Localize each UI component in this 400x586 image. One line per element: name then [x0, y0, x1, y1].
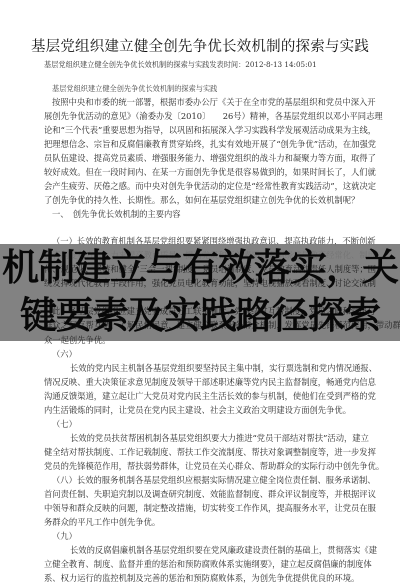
publish-meta: 基层党组织建立健全创先争优长效机制的探索与实践发表时间：2012-8-13 14…	[44, 60, 317, 70]
paragraph-line: 会产生疲劳、厌倦之感。而中央对创先争优活动的定位是“经常性教育实践活动”，这就决…	[44, 181, 376, 191]
paragraph-line: （六）	[52, 349, 77, 359]
paragraph-line: 中领导和群众反映的问题，制定整改措施，切实转变工作作风，提高服务水平，让党员在服	[44, 503, 376, 513]
headline-overlay-band: 化、规范化，坚持和健全“三会一课”制度、党员培训制度、党员教育活动责任人制度等；…	[0, 244, 400, 341]
paragraph-line: （九）	[52, 531, 77, 541]
paragraph-line: 较好成效。但在一段时间内、在某一方面创先争优是很容易做到的，如果时间长了，人们就	[44, 167, 376, 177]
paragraph-line: 健全结对帮扶制度、工作记载制度、帮扶工作交流制度、帮扶对象调整制度等，进一步发挥	[44, 447, 376, 457]
paragraph-line: 立健全教育、制度、监督并重的惩治和预防腐败体系实施纲要》，建立起反腐倡廉的制度体	[44, 559, 372, 569]
document-page: 基层党组织建立健全创先争优长效机制的探索与实践 基层党组织建立健全创先争优长效机…	[0, 0, 400, 586]
paragraph-line: （八）长效的服务机制各基层党组织应根据实际情况建立健全岗位责任制、服务承诺制、	[52, 475, 376, 485]
paragraph-line: 长效的反腐倡廉机制各基层党组织要在党风廉政建设责任制的基础上，贯彻落实《建	[70, 545, 377, 555]
paragraph-line: 展创先争优活动的意见》（渝委办发〔2010〕 26号）精神，各基层党组织以邓小平…	[44, 111, 383, 121]
paragraph-line: 长效的党内民主机制各基层党组织要坚持民主集中制，实行票选制和党内情况通报、	[70, 363, 377, 373]
overlay-headline-line-1: 机制建立与有效落实，关	[0, 246, 400, 290]
paragraph-line: 务群众的平凡工作中创先争优。	[44, 517, 160, 527]
paragraph-line: 把理想信念、宗旨和反腐倡廉教育贯穿始终，扎实有效地开展了“创先争优”活动，在加强…	[44, 139, 376, 149]
paragraph-line: 按照中央和市委的统一部署，根据市委办公厅《关于在全市党的基层组织和党员中深入开	[52, 97, 376, 107]
paragraph-line: 系、权力运行的监控机制及完善的惩治和预防腐败体系，为创先争优提供优良的环境。	[44, 573, 359, 583]
paragraph-line: 沟通反馈渠道，建立起让广大党员对党内民主生活长效的参与机制，使他们在受到严格的党	[44, 391, 376, 401]
paragraph-line: 了创先争优的持久性、长期性。那么，如何在基层党组织建立创先争优的长效机制呢？	[44, 195, 359, 205]
document-title: 基层党组织建立健全创先争优长效机制的探索与实践	[0, 35, 400, 56]
paragraph-line: 员队伍建设、提高党员素质、增强服务能力、增强党组织的战斗力和凝聚力等方面，取得了	[44, 153, 376, 163]
paragraph-line: （七）	[52, 419, 77, 429]
document-subtitle: 基层党组织建立健全创先争优长效机制的探索与实践	[52, 84, 217, 94]
paragraph-line: 党员的先锋模范作用，帮扶弱势群体，让党员在关心群众、帮助群众的实际行动中创先争优…	[44, 461, 384, 471]
paragraph-line: 长效的党员扶贫帮困机制各基层党组织要大力推进“党员干部结对帮扶”活动，建立	[70, 433, 369, 443]
paragraph-line: 一、 创先争优长效机制的主要内容	[52, 209, 181, 219]
paragraph-line: 论和“三个代表”重要思想为指导，以巩固和拓展深入学习实践科学发展观活动成果为主线…	[44, 125, 376, 135]
overlay-headline-line-2: 键要素及实践路径探索	[0, 294, 400, 338]
paragraph-line: 内生活锻炼的同时，让党员在党内民主建设、社会主义政治文明建设方面创先争优。	[44, 405, 351, 415]
paragraph-line: 众一起创先争优。	[44, 335, 110, 345]
paragraph-line: 首问责任制、失职追究制以及调查研究制度、效能监督制度、群众评议制度等，并根据评议	[44, 489, 376, 499]
paragraph-line: 情况反映、重大决策征求意见制度及领导干部述职述廉等党内民主监督制度，畅通党内信息	[44, 377, 376, 387]
